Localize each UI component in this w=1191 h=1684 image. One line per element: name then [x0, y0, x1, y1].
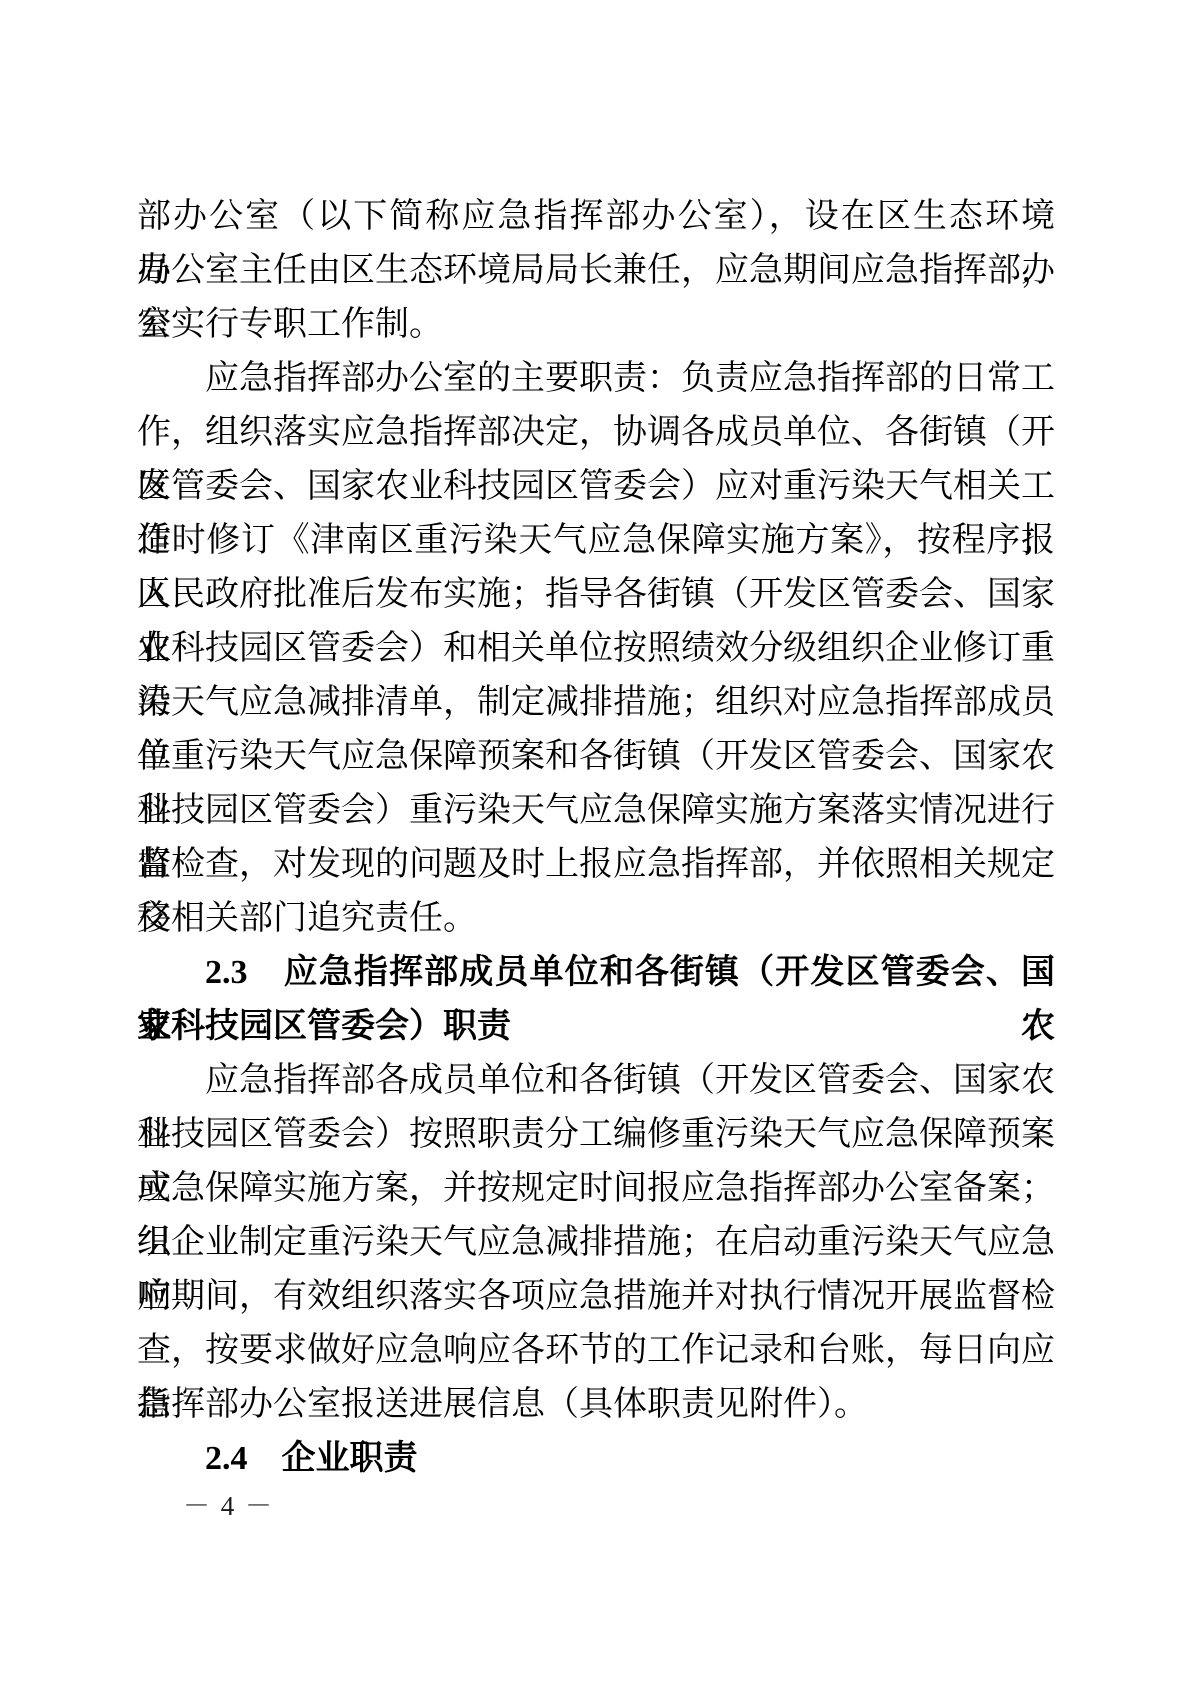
page-number: － 4 －	[183, 1488, 274, 1524]
text-line: 应急指挥部办公室的主要职责：负责应急指挥部的日常工	[137, 352, 1055, 406]
text-line: 科技园区管委会）重污染天气应急保障实施方案落实情况进行监	[137, 784, 1055, 838]
document-page: 部办公室（以下简称应急指挥部办公室），设在区生态环境局，办公室主任由区生态环境局…	[0, 0, 1191, 1684]
text-line: 应急保障实施方案，并按规定时间报应急指挥部办公室备案；组	[137, 1162, 1055, 1216]
text-line: 人民政府批准后发布实施；指导各街镇（开发区管委会、国家农	[137, 568, 1055, 622]
text-line: 科技园区管委会）按照职责分工编修重污染天气应急保障预案或	[137, 1108, 1055, 1162]
text-line: 应急指挥部各成员单位和各街镇（开发区管委会、国家农业	[137, 1054, 1055, 1108]
text-line: 交相关部门追究责任。	[137, 892, 1055, 946]
text-line: 部办公室（以下简称应急指挥部办公室），设在区生态环境局，	[137, 190, 1055, 244]
text-line: 办公室主任由区生态环境局局长兼任，应急期间应急指挥部办公	[137, 244, 1055, 298]
text-line: 应期间，有效组织落实各项应急措施并对执行情况开展监督检	[137, 1270, 1055, 1324]
text-line: 业科技园区管委会）和相关单位按照绩效分级组织企业修订重污	[137, 622, 1055, 676]
text-line: 适时修订《津南区重污染天气应急保障实施方案》，按程序报区	[137, 514, 1055, 568]
text-line: 查，按要求做好应急响应各环节的工作记录和台账，每日向应急	[137, 1324, 1055, 1378]
text-line: 织企业制定重污染天气应急减排措施；在启动重污染天气应急响	[137, 1216, 1055, 1270]
text-line: 指挥部办公室报送进展信息（具体职责见附件）。	[137, 1378, 1055, 1432]
section-heading-line: 2.3 应急指挥部成员单位和各街镇（开发区管委会、国家农	[137, 946, 1055, 1000]
document-body: 部办公室（以下简称应急指挥部办公室），设在区生态环境局，办公室主任由区生态环境局…	[137, 190, 1055, 1486]
section-heading-line: 2.4 企业职责	[137, 1432, 1055, 1486]
text-line: 作，组织落实应急指挥部决定，协调各成员单位、各街镇（开发	[137, 406, 1055, 460]
text-line: 染天气应急减排清单，制定减排措施；组织对应急指挥部成员单	[137, 676, 1055, 730]
text-line: 室实行专职工作制。	[137, 298, 1055, 352]
text-line: 督检查，对发现的问题及时上报应急指挥部，并依照相关规定移	[137, 838, 1055, 892]
text-line: 区管委会、国家农业科技园区管委会）应对重污染天气相关工作；	[137, 460, 1055, 514]
text-line: 位重污染天气应急保障预案和各街镇（开发区管委会、国家农业	[137, 730, 1055, 784]
